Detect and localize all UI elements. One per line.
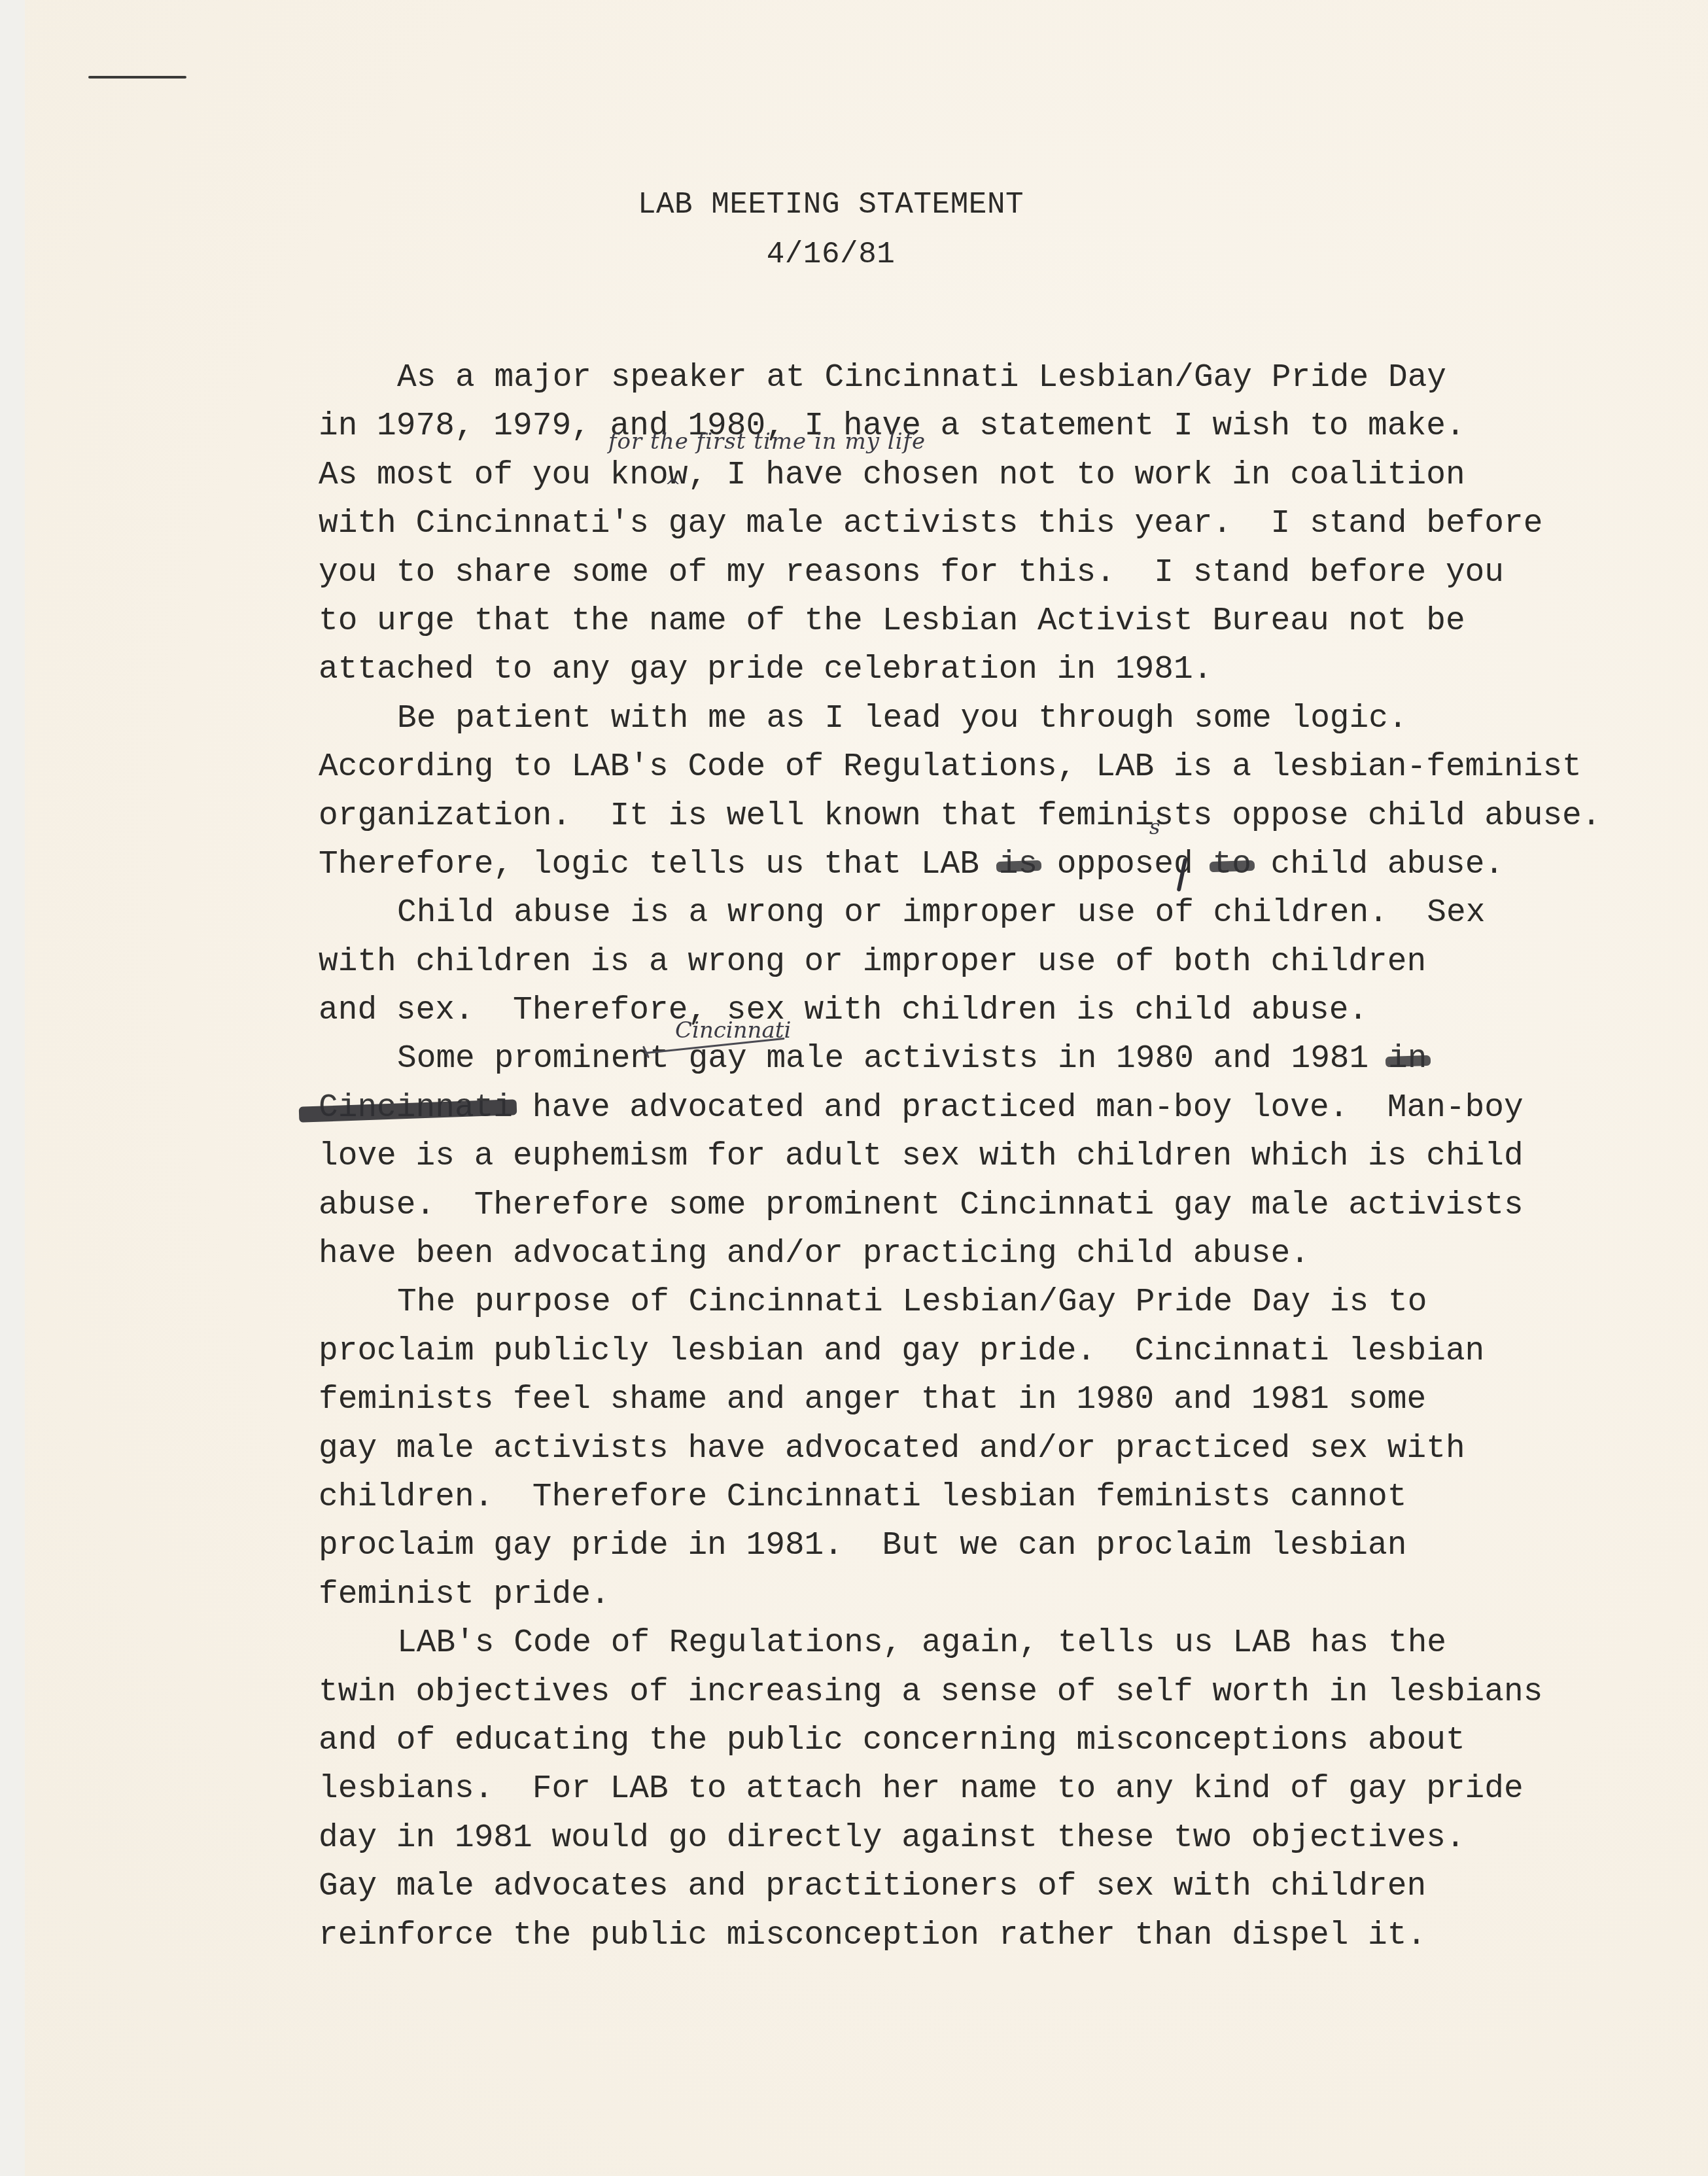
document-date: 4/16/81 <box>0 239 1662 270</box>
text-line: According to LAB's Code of Regulations, … <box>319 743 1660 791</box>
typed-text: feminist pride. <box>319 1576 610 1613</box>
typed-text: and of educating the public concerning m… <box>319 1722 1465 1759</box>
text-line: to urge that the name of the Lesbian Act… <box>319 597 1660 645</box>
typed-text: As a major speaker at Cincinnati Lesbian… <box>397 359 1446 396</box>
handwritten-insertion-first-time: for the first time in my life <box>608 430 926 453</box>
typed-text: LAB's Code of Regulations, again, tells … <box>397 1624 1446 1661</box>
text-line: feminist pride. <box>319 1570 1660 1619</box>
text-line: attached to any gay pride celebration in… <box>319 645 1660 693</box>
scan-left-edge <box>0 0 26 2176</box>
statement-body: As a major speaker at Cincinnati Lesbian… <box>319 353 1660 1959</box>
typed-text: gay male activists have advocated and/or… <box>319 1430 1465 1467</box>
typed-text: and sex. Therefore, sex with children is… <box>319 992 1368 1028</box>
text-line: twin objectives of increasing a sense of… <box>319 1668 1660 1716</box>
text-line: organization. It is well known that femi… <box>319 792 1660 840</box>
text-line: Some prominent gay male activists in 198… <box>319 1034 1660 1083</box>
typed-text: child abuse. <box>1251 846 1504 883</box>
text-line: proclaim gay pride in 1981. But we can p… <box>319 1521 1660 1570</box>
typed-text: feminists feel shame and anger that in 1… <box>319 1381 1426 1418</box>
text-line: As most of you know, I have chosen not t… <box>319 451 1660 499</box>
typed-text: have been advocating and/or practicing c… <box>319 1235 1310 1272</box>
typed-text: to urge that the name of the Lesbian Act… <box>319 603 1465 639</box>
typed-text: attached to any gay pride celebration in… <box>319 651 1212 688</box>
handwritten-correction-s: s <box>1149 816 1160 837</box>
text-line: Therefore, logic tells us that LAB is op… <box>319 840 1660 888</box>
text-line: with Cincinnati's gay male activists thi… <box>319 499 1660 548</box>
corrected-letter: d <box>1174 846 1193 883</box>
text-line: and sex. Therefore, sex with children is… <box>319 986 1660 1034</box>
text-line: As a major speaker at Cincinnati Lesbian… <box>319 353 1660 402</box>
typed-text: love is a euphemism for adult sex with c… <box>319 1138 1524 1174</box>
typed-text: abuse. Therefore some prominent Cincinna… <box>319 1187 1524 1223</box>
typed-text: Some prominent gay male activists in 198… <box>397 1040 1388 1077</box>
text-line: The purpose of Cincinnati Lesbian/Gay Pr… <box>319 1278 1660 1326</box>
text-line: have been advocating and/or practicing c… <box>319 1229 1660 1278</box>
text-line: feminists feel shame and anger that in 1… <box>319 1375 1660 1424</box>
typed-text: have advocated and practiced man-boy lov… <box>513 1089 1524 1126</box>
struck-through-text: to <box>1212 846 1251 883</box>
typed-text: proclaim publicly lesbian and gay pride.… <box>319 1333 1484 1369</box>
text-line: day in 1981 would go directly against th… <box>319 1814 1660 1862</box>
typed-text: organization. It is well known that femi… <box>319 798 1601 834</box>
typed-text: with children is a wrong or improper use… <box>319 943 1426 980</box>
text-line: lesbians. For LAB to attach her name to … <box>319 1764 1660 1813</box>
insertion-caret-icon: ^ <box>665 478 681 497</box>
text-line: children. Therefore Cincinnati lesbian f… <box>319 1473 1660 1521</box>
text-line: gay male activists have advocated and/or… <box>319 1424 1660 1473</box>
text-line: abuse. Therefore some prominent Cincinna… <box>319 1181 1660 1229</box>
text-line: reinforce the public misconception rathe… <box>319 1911 1660 1959</box>
text-line: Be patient with me as I lead you through… <box>319 694 1660 743</box>
typed-text: Be patient with me as I lead you through… <box>397 700 1408 737</box>
typed-text: reinforce the public misconception rathe… <box>319 1917 1426 1954</box>
text-line: in 1978, 1979, and 1980, I have a statem… <box>319 402 1660 450</box>
document-title: LAB MEETING STATEMENT <box>0 190 1662 220</box>
typed-text: Child abuse is a wrong or improper use o… <box>397 894 1485 931</box>
text-line: Cincinnati have advocated and practiced … <box>319 1083 1660 1132</box>
margin-pencil-mark <box>88 76 186 79</box>
typed-text: Therefore, logic tells us that LAB <box>319 846 999 883</box>
text-line: LAB's Code of Regulations, again, tells … <box>319 1619 1660 1667</box>
typed-text: lesbians. For LAB to attach her name to … <box>319 1770 1524 1807</box>
struck-through-text: Cincinnati <box>319 1089 513 1126</box>
text-line: you to share some of my reasons for this… <box>319 548 1660 597</box>
typed-text: The purpose of Cincinnati Lesbian/Gay Pr… <box>397 1284 1427 1320</box>
text-line: Gay male advocates and practitioners of … <box>319 1862 1660 1910</box>
typed-text: According to LAB's Code of Regulations, … <box>319 748 1582 785</box>
typed-text: with Cincinnati's gay male activists thi… <box>319 505 1542 542</box>
typed-text: Gay male advocates and practitioners of … <box>319 1868 1426 1904</box>
struck-through-text: is <box>999 846 1037 883</box>
typed-text: As most of you know, I have chosen not t… <box>319 457 1465 493</box>
text-line: proclaim publicly lesbian and gay pride.… <box>319 1327 1660 1375</box>
typed-text: you to share some of my reasons for this… <box>319 554 1504 591</box>
typed-text: oppose <box>1037 846 1174 883</box>
text-line: and of educating the public concerning m… <box>319 1716 1660 1764</box>
typed-text: proclaim gay pride in 1981. But we can p… <box>319 1527 1406 1564</box>
text-line: love is a euphemism for adult sex with c… <box>319 1132 1660 1180</box>
text-line: Child abuse is a wrong or improper use o… <box>319 888 1660 937</box>
typed-text: twin objectives of increasing a sense of… <box>319 1674 1542 1710</box>
typed-text: children. Therefore Cincinnati lesbian f… <box>319 1479 1406 1515</box>
text-line: with children is a wrong or improper use… <box>319 938 1660 986</box>
struck-through-text: in <box>1388 1040 1427 1077</box>
typed-text: day in 1981 would go directly against th… <box>319 1819 1465 1856</box>
